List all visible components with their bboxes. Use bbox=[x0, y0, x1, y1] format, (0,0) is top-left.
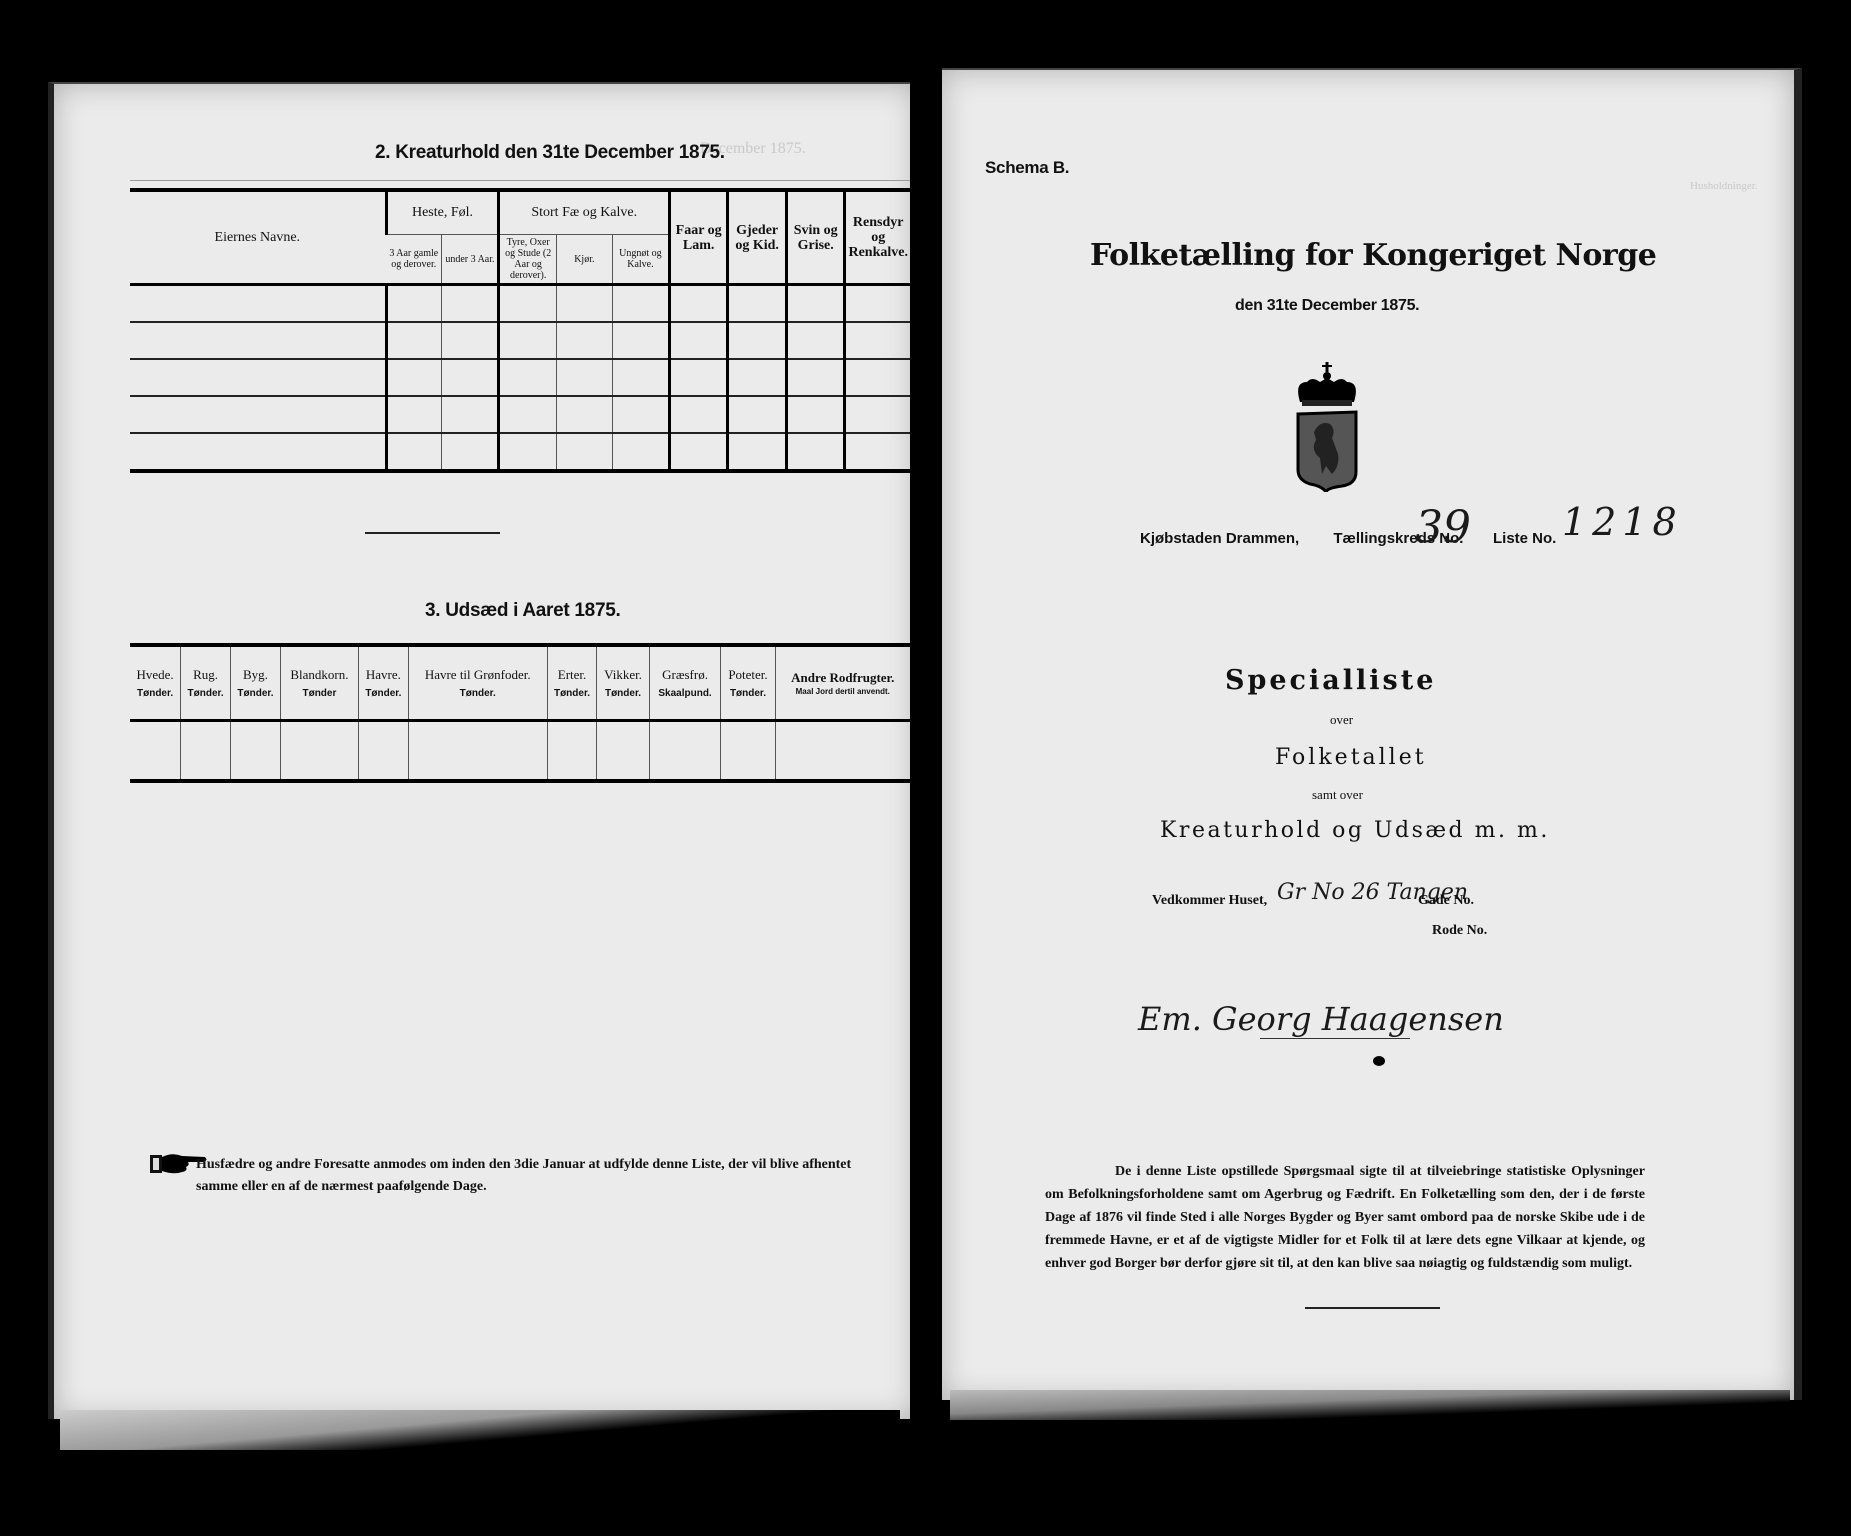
list-number[interactable]: 1218 bbox=[1562, 500, 1683, 544]
ink-blot bbox=[1373, 1056, 1385, 1066]
col-barley: Byg.Tønder. bbox=[231, 645, 281, 721]
cell[interactable] bbox=[786, 433, 844, 471]
col-potatoes: Poteter.Tønder. bbox=[721, 645, 775, 721]
col-bulls-oxen: Tyre, Oxer og Stude (2 Aar og derover). bbox=[499, 235, 556, 285]
col-young-cattle: Ungnøt og Kalve. bbox=[612, 235, 669, 285]
cell[interactable] bbox=[556, 433, 612, 471]
cell[interactable] bbox=[728, 285, 787, 323]
cell[interactable] bbox=[499, 396, 556, 433]
col-peas: Erter.Tønder. bbox=[547, 645, 597, 721]
cell[interactable] bbox=[386, 285, 442, 323]
table-row bbox=[130, 433, 910, 471]
cell[interactable] bbox=[358, 721, 408, 782]
cell[interactable] bbox=[670, 359, 728, 396]
table-row bbox=[130, 396, 910, 433]
cell[interactable] bbox=[556, 322, 612, 359]
divider bbox=[130, 180, 910, 181]
col-owner-names: Eiernes Navne. bbox=[130, 190, 386, 285]
cell[interactable] bbox=[728, 322, 787, 359]
col-group-horses: Heste, Føl. bbox=[386, 190, 499, 235]
specialliste-title: Specialliste bbox=[1225, 665, 1436, 696]
cell[interactable] bbox=[499, 285, 556, 323]
cell[interactable] bbox=[670, 322, 728, 359]
cell[interactable] bbox=[130, 285, 386, 323]
cell[interactable] bbox=[845, 285, 910, 323]
cell[interactable] bbox=[386, 396, 442, 433]
page-edge-right bbox=[950, 1390, 1790, 1420]
folketallet-heading: Folketallet bbox=[1275, 745, 1427, 770]
cell[interactable] bbox=[728, 359, 787, 396]
cell[interactable] bbox=[442, 396, 499, 433]
cell[interactable] bbox=[231, 721, 281, 782]
col-pigs: Svin og Grise. bbox=[786, 190, 844, 285]
cell[interactable] bbox=[612, 433, 669, 471]
cell[interactable] bbox=[499, 359, 556, 396]
cell[interactable] bbox=[130, 396, 386, 433]
cell[interactable] bbox=[612, 396, 669, 433]
cell[interactable] bbox=[845, 433, 910, 471]
col-grass-seed: Græsfrø.Skaalpund. bbox=[649, 645, 721, 721]
col-wheat: Hvede.Tønder. bbox=[130, 645, 181, 721]
cell[interactable] bbox=[786, 396, 844, 433]
col-goats: Gjeder og Kid. bbox=[728, 190, 787, 285]
col-vetch: Vikker.Tønder. bbox=[597, 645, 649, 721]
cell[interactable] bbox=[130, 359, 386, 396]
cell[interactable] bbox=[130, 322, 386, 359]
col-reindeer: Rensdyr og Renkalve. bbox=[845, 190, 910, 285]
house-label: Vedkommer Huset, bbox=[1152, 893, 1267, 909]
cell[interactable] bbox=[786, 322, 844, 359]
col-horses-under3: under 3 Aar. bbox=[442, 235, 499, 285]
col-cows: Kjør. bbox=[556, 235, 612, 285]
list-label: Liste No. bbox=[1493, 530, 1556, 547]
col-rye: Rug.Tønder. bbox=[181, 645, 231, 721]
cell[interactable] bbox=[442, 322, 499, 359]
cell[interactable] bbox=[786, 285, 844, 323]
livestock-table: Eiernes Navne. Heste, Føl. Stort Fæ og K… bbox=[130, 188, 910, 473]
cell[interactable] bbox=[181, 721, 231, 782]
cell[interactable] bbox=[649, 721, 721, 782]
document-title: Folketælling for Kongeriget Norge bbox=[1090, 238, 1656, 273]
table-row bbox=[130, 322, 910, 359]
cell[interactable] bbox=[612, 322, 669, 359]
divider bbox=[1305, 1307, 1440, 1309]
rode-label: Rode No. bbox=[1432, 923, 1487, 939]
cell[interactable] bbox=[728, 433, 787, 471]
seed-table: Hvede.Tønder. Rug.Tønder. Byg.Tønder. Bl… bbox=[130, 643, 910, 783]
cell[interactable] bbox=[845, 322, 910, 359]
over-text: over bbox=[1330, 712, 1353, 728]
instructions-notice: Husfædre og andre Foresatte anmodes om i… bbox=[196, 1154, 896, 1198]
schema-label: Schema B. bbox=[985, 158, 1069, 178]
col-group-cattle: Stort Fæ og Kalve. bbox=[499, 190, 670, 235]
street-label: Gade No. bbox=[1418, 893, 1474, 909]
cell[interactable] bbox=[386, 433, 442, 471]
cell[interactable] bbox=[670, 285, 728, 323]
col-mixed-grain: Blandkorn.Tønder bbox=[280, 645, 358, 721]
cell[interactable] bbox=[386, 359, 442, 396]
cell[interactable] bbox=[386, 322, 442, 359]
cell[interactable] bbox=[721, 721, 775, 782]
book-spine bbox=[910, 70, 940, 1440]
cell[interactable] bbox=[130, 721, 181, 782]
cell[interactable] bbox=[442, 359, 499, 396]
table-row bbox=[130, 285, 910, 323]
cell[interactable] bbox=[442, 433, 499, 471]
census-date: den 31te December 1875. bbox=[1235, 297, 1419, 315]
cell[interactable] bbox=[556, 396, 612, 433]
cell[interactable] bbox=[670, 396, 728, 433]
cell[interactable] bbox=[556, 285, 612, 323]
col-horses-3yr: 3 Aar gamle og derover. bbox=[386, 235, 442, 285]
section2-title: 2. Kreaturhold den 31te December 1875. bbox=[375, 142, 725, 164]
cell[interactable] bbox=[612, 359, 669, 396]
col-sheep: Faar og Lam. bbox=[670, 190, 728, 285]
col-green-fodder-oats: Havre til Grønfoder.Tønder. bbox=[408, 645, 547, 721]
cell[interactable] bbox=[597, 721, 649, 782]
signature: Em. Georg Haagensen bbox=[1138, 1000, 1504, 1038]
cell[interactable] bbox=[845, 396, 910, 433]
page-edge-left bbox=[60, 1410, 900, 1450]
table-row bbox=[130, 721, 910, 782]
explanatory-paragraph: De i denne Liste opstillede Spørgsmaal s… bbox=[1045, 1160, 1645, 1275]
col-other-root-crops: Andre Rodfrugter.Maal Jord dertil anvend… bbox=[775, 645, 910, 721]
col-oats: Havre.Tønder. bbox=[358, 645, 408, 721]
cell[interactable] bbox=[547, 721, 597, 782]
cell[interactable] bbox=[280, 721, 358, 782]
cell[interactable] bbox=[728, 396, 787, 433]
cell[interactable] bbox=[612, 285, 669, 323]
divider bbox=[365, 532, 500, 534]
district-number[interactable]: 39 bbox=[1415, 502, 1471, 553]
cell[interactable] bbox=[130, 433, 386, 471]
cell[interactable] bbox=[775, 721, 910, 782]
cell[interactable] bbox=[499, 322, 556, 359]
kreaturhold-heading: Kreaturhold og Udsæd m. m. bbox=[1160, 818, 1550, 843]
cell[interactable] bbox=[499, 433, 556, 471]
samt-over-text: samt over bbox=[1312, 787, 1363, 803]
coat-of-arms-icon bbox=[1292, 362, 1362, 492]
table-row bbox=[130, 359, 910, 396]
signature-underline bbox=[1260, 1038, 1410, 1039]
cell[interactable] bbox=[556, 359, 612, 396]
cell[interactable] bbox=[408, 721, 547, 782]
town-label: Kjøbstaden Drammen, bbox=[1140, 530, 1299, 547]
bleed-through-text: Husholdninger. bbox=[1690, 180, 1770, 192]
cell[interactable] bbox=[786, 359, 844, 396]
cell[interactable] bbox=[442, 285, 499, 323]
section3-title: 3. Udsæd i Aaret 1875. bbox=[425, 600, 620, 622]
cell[interactable] bbox=[845, 359, 910, 396]
cell[interactable] bbox=[670, 433, 728, 471]
